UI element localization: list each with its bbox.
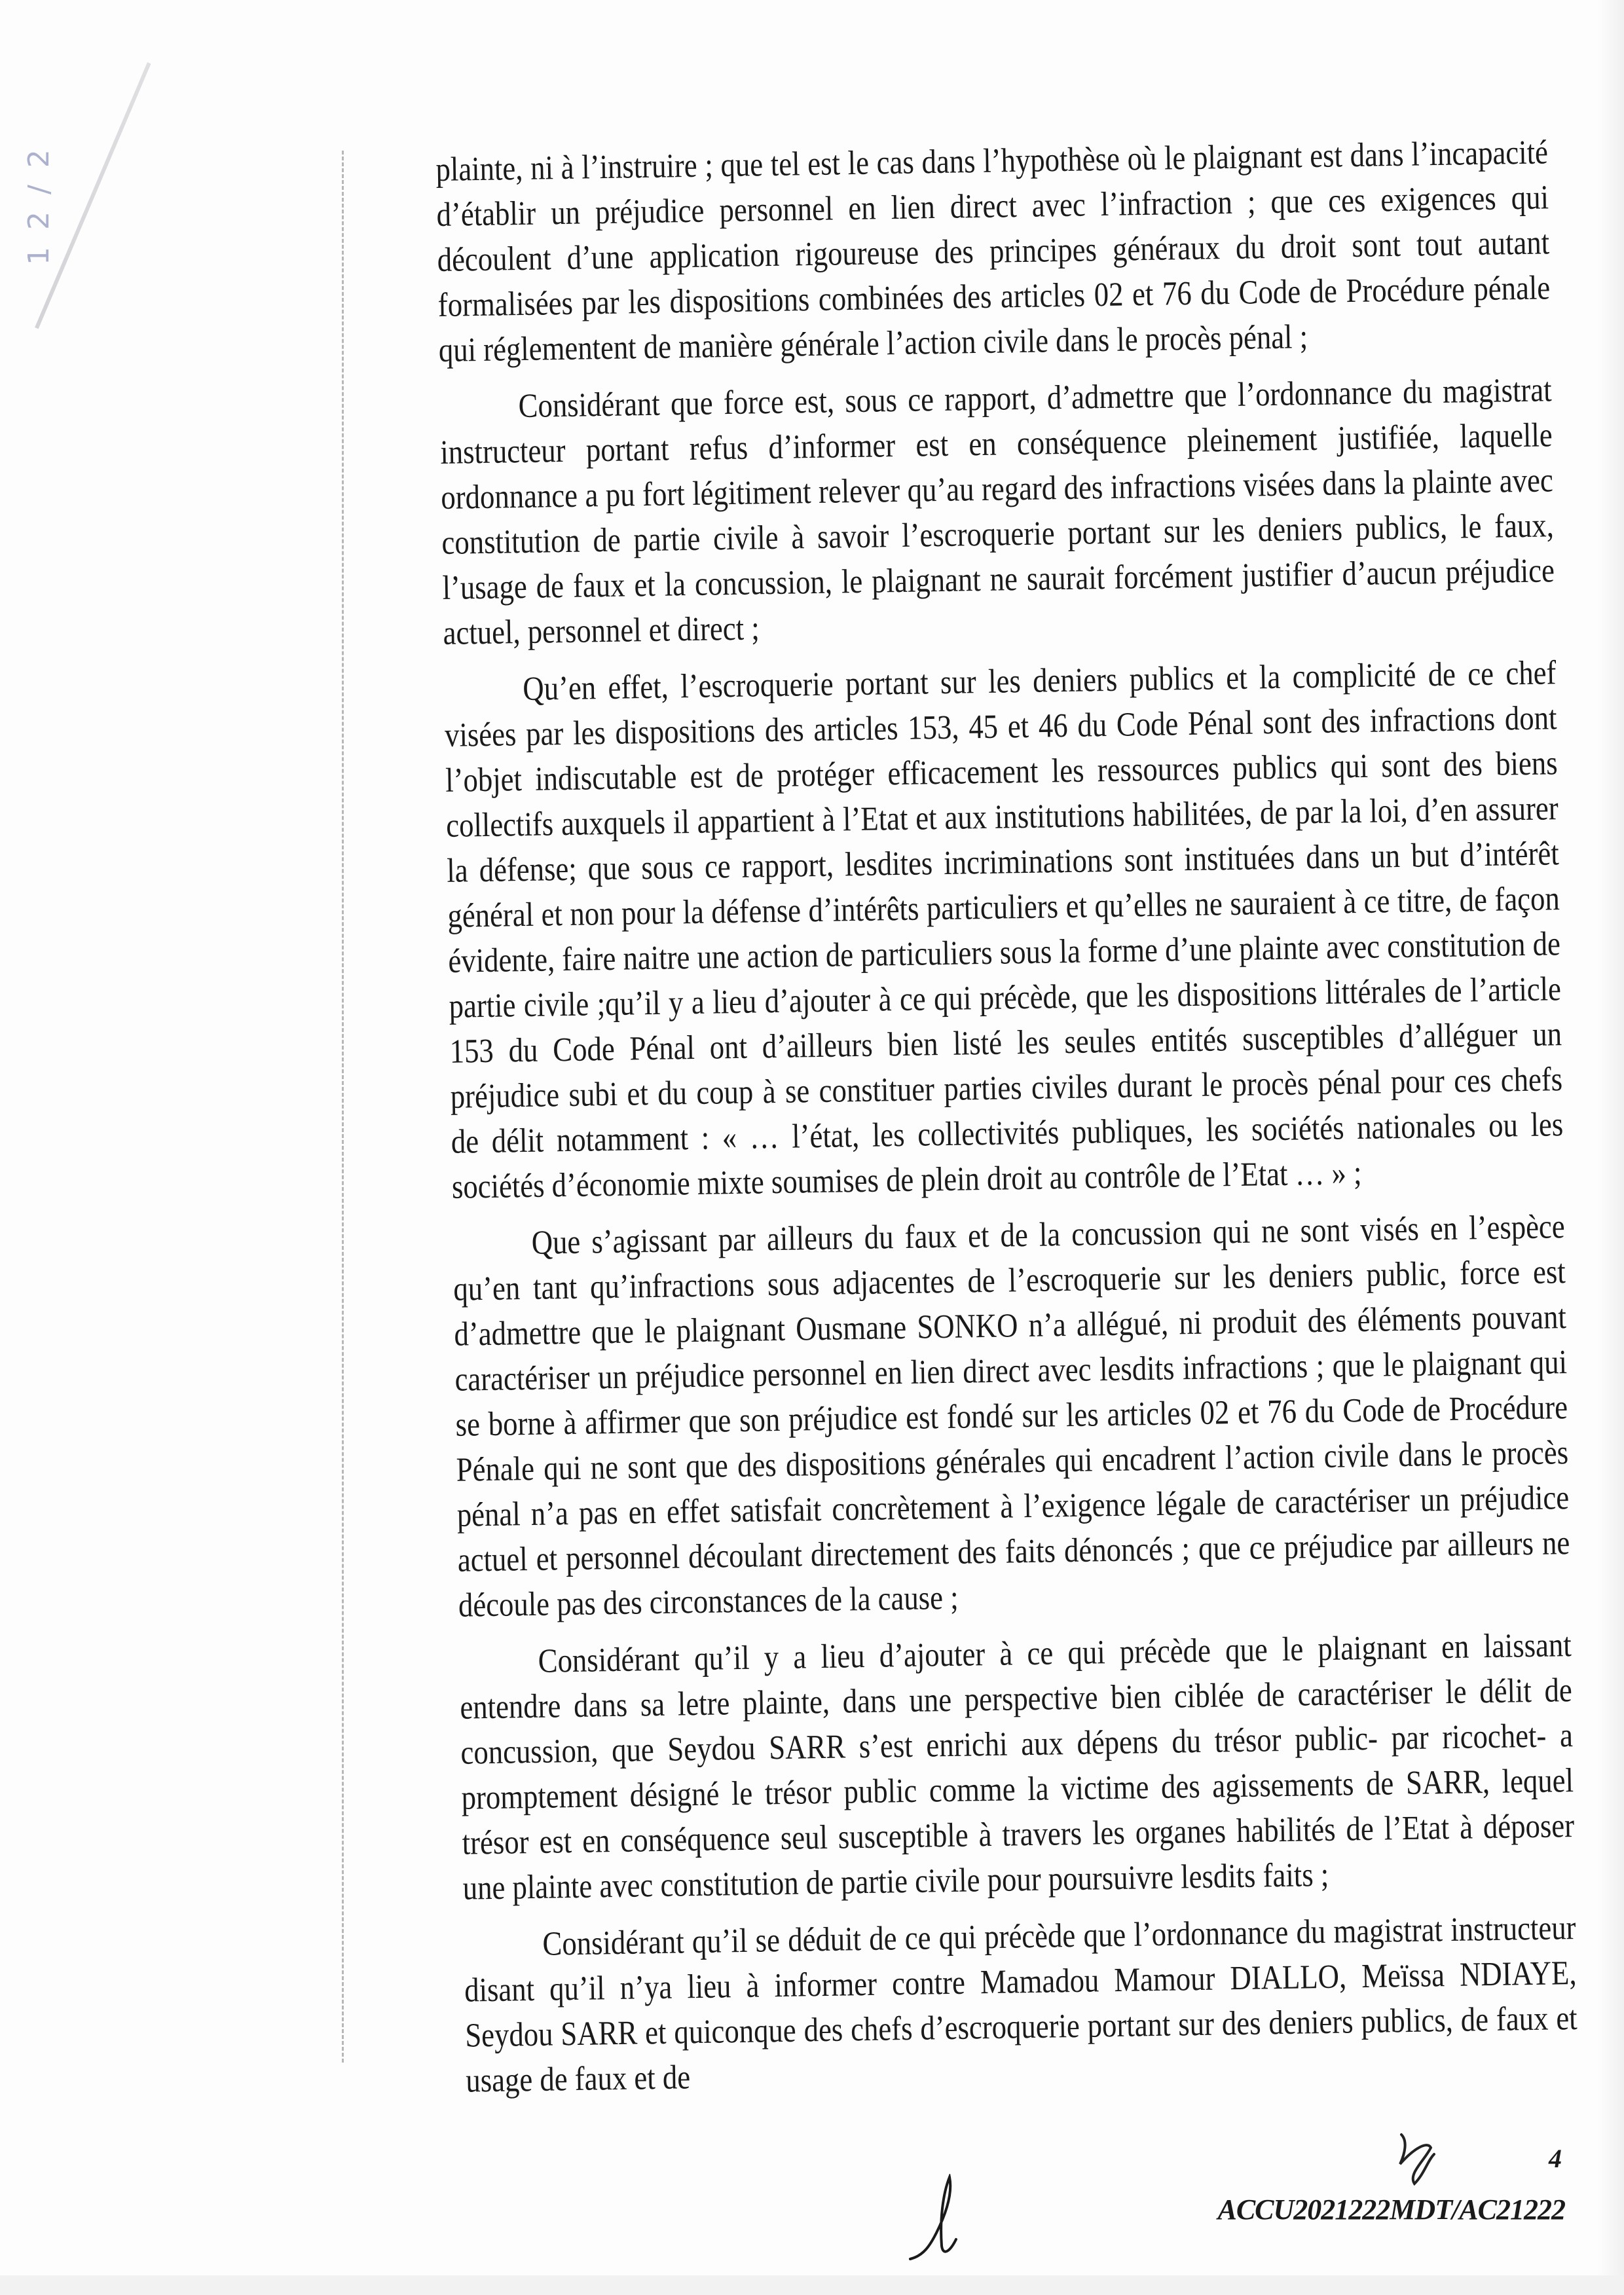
scan-edge-shadow (1598, 0, 1624, 2295)
paragraph-3: Qu’en effet, l’escroquerie portant sur l… (443, 650, 1564, 1210)
paragraph-1: plainte, ni à l’instruire ; que tel est … (435, 130, 1551, 373)
scan-bottom-edge (0, 2275, 1624, 2295)
fold-line (342, 151, 344, 2063)
scanned-page: 1 2 / 2 plainte, ni à l’instruire ; que … (0, 0, 1624, 2295)
signature-icon (904, 2174, 982, 2266)
handwritten-margin-note: 1 2 / 2 (20, 69, 72, 265)
paragraph-2: Considérant que force est, sous ce rappo… (439, 367, 1556, 656)
reference-code: ACCU2021222MDT/AC21222 (1217, 2193, 1565, 2226)
document-body: plainte, ni à l’instruire ; que tel est … (435, 130, 1579, 2115)
page-number: 4 (1549, 2143, 1562, 2174)
paragraph-6: Considérant qu’il se déduit de ce qui pr… (464, 1905, 1579, 2104)
paragraph-4: Que s’agissant par ailleurs du faux et d… (452, 1204, 1571, 1628)
initials-signature-icon (1388, 2128, 1447, 2187)
paragraph-5: Considérant qu’il y a lieu d’ajouter à c… (459, 1623, 1576, 1911)
